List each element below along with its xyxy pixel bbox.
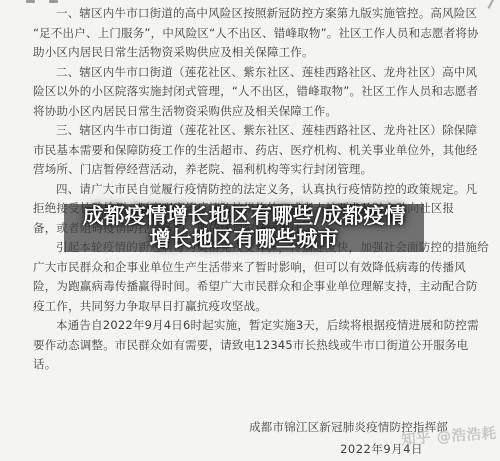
cropped-corner-mark	[488, 0, 495, 9]
doc-line: 险，为跑赢病毒传播赢得时间。希望广大市民群众和企事业单位理解支持，主动配合防	[33, 277, 457, 297]
doc-line: 一、辖区内牛市口街道的高中风险区按照新冠防控方案第九版实施管控。高风险区	[33, 4, 457, 24]
doc-line: 险区以外的小区院落实施封闭式管理，“人不出区，错峰取物”。社区工作人员和志愿者	[33, 82, 457, 102]
overlay-title-line2: 增长地区有哪些城市	[64, 228, 424, 251]
doc-line: 本通告自2022年9月4日6时起实施，暂定实施3天，后续将根据疫情进展和防控需	[33, 316, 457, 336]
title-overlay-banner: 成都疫情增长地区有哪些/成都疫情 增长地区有哪些城市	[64, 204, 424, 252]
doc-line: 要作动态调整。市民群众如有需要，请致电12345市长热线或牛市口街道公开服务电	[33, 336, 457, 356]
cropped-text-fragment	[49, 0, 58, 3]
notice-body-text: 一、辖区内牛市口街道的高中风险区按照新冠防控方案第九版实施管控。高风险区“足不出…	[33, 4, 457, 375]
doc-line: 营场所、门店暂停经营活动，养老院、福利机构等实行封闭管理。	[33, 160, 457, 180]
doc-line: 话。	[33, 355, 457, 375]
doc-line: 二、辖区内牛市口街道（莲花社区、紫东社区、莲桂西路社区、龙舟社区）高中风	[33, 63, 457, 83]
doc-line: 广大市民群众和企事业单位生产生活带来了暂时影响，但可以有效降低病毒的传播风	[33, 258, 457, 278]
doc-line: 将协助小区内居民日常生活物资采购供应及相关保障工作。	[33, 102, 457, 122]
doc-line: 市民基本需要和保障防疫工作的生活超市、药店、医疗机构、机关事业单位外，其他经	[33, 141, 457, 161]
overlay-title-line1: 成都疫情增长地区有哪些/成都疫情	[64, 205, 424, 228]
doc-line: “足不出户、上门服务”，中风险区“人不出区、错峰取物”。社区工作人员和志愿者将协	[33, 24, 457, 44]
doc-line: 疫工作，共同努力争取早日打赢抗疫攻坚战。	[33, 297, 457, 317]
notice-document-page: 一、辖区内牛市口街道的高中风险区按照新冠防控方案第九版实施管控。高风险区“足不出…	[0, 0, 500, 461]
doc-line: 助小区内居民日常生活物资采购供应及相关保障工作。	[33, 43, 457, 63]
cropped-text-fragment	[26, 0, 35, 3]
doc-line: 三、辖区内牛市口街道（莲花社区、紫东社区、莲桂西路社区、龙舟社区）除保障	[33, 121, 457, 141]
doc-line: 四、请广大市民自觉履行疫情防控的法定义务，认真执行疫情防控的政策规定。凡	[33, 180, 457, 200]
